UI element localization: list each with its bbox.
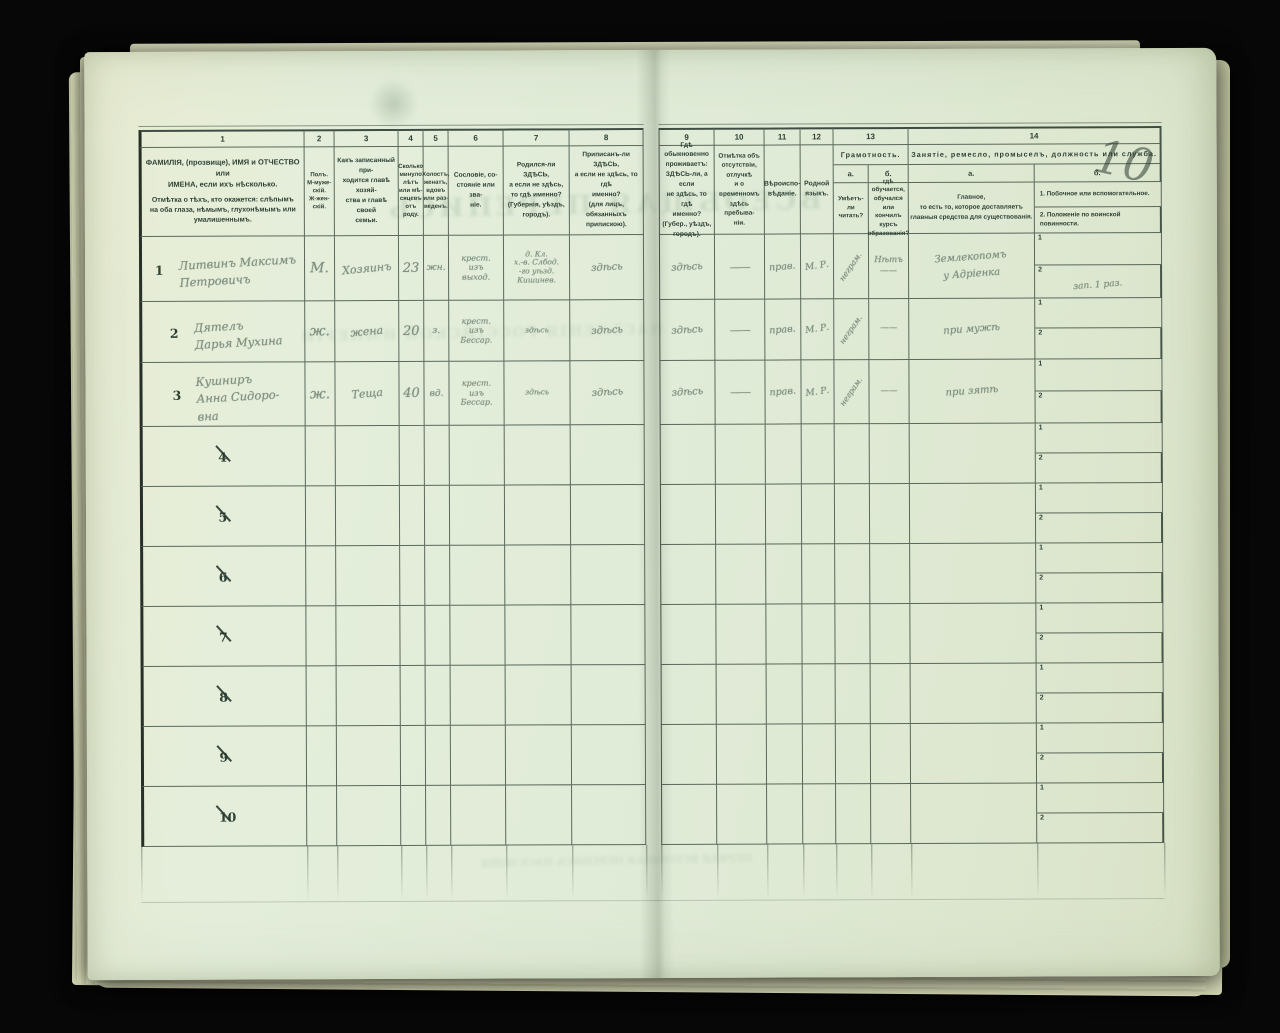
cell-language-row-2: М. Р. bbox=[801, 299, 834, 360]
cell-religion-row-3: прав. bbox=[765, 360, 801, 424]
subcell-number: 2 bbox=[1039, 634, 1043, 641]
col-header-education: гдѣ обучается, обучался или кончилъ курс… bbox=[869, 183, 909, 234]
cell-marital-row-5 bbox=[425, 486, 450, 546]
cell-relation-row-3: Теща bbox=[335, 362, 399, 426]
cell-estate-row-8 bbox=[451, 666, 506, 726]
cell-name-row-10: 10 bbox=[141, 786, 307, 847]
cell-relation-row-6 bbox=[336, 546, 400, 606]
cell-relation-row-2: жена bbox=[335, 301, 399, 362]
scanned-census-sheet: { "annotations": { "page_number": "10" }… bbox=[0, 0, 1280, 1033]
census-table: ВСЕОБЩАЯ ПЕРЕПИСЬ НАСЕЛЕНІЯ РОССІЙСКОЙ И… bbox=[0, 0, 1280, 1033]
cell-born-row-4 bbox=[505, 425, 571, 485]
handwriting-estate: крест. изъ Бессар. bbox=[460, 316, 492, 345]
subcell-number: 1 bbox=[1038, 235, 1042, 242]
cell-registered-row-10 bbox=[572, 785, 646, 845]
literacy-group-label: Грамотность. bbox=[834, 145, 909, 165]
cell-marital-row-1: жн. bbox=[424, 236, 449, 301]
subcell-number: 2 bbox=[1040, 694, 1044, 701]
cell-name-row-8: 8 bbox=[141, 666, 307, 727]
handwriting-reads: неграм. bbox=[838, 376, 864, 408]
cell-military-duty-row-10: 2 bbox=[1037, 813, 1164, 843]
handwriting-born: здѣсь bbox=[525, 389, 549, 398]
cell-born-row-5 bbox=[505, 485, 571, 545]
cell-registered-row-2: здѣсь bbox=[570, 300, 644, 361]
col-number-marital: 5 bbox=[424, 129, 449, 147]
col-number-sex: 2 bbox=[305, 129, 335, 147]
row-number: 6 bbox=[214, 568, 235, 585]
grid-extension-line bbox=[646, 845, 647, 900]
cell-education-row-4 bbox=[870, 424, 910, 484]
handwriting-age: 40 bbox=[403, 386, 420, 401]
grid-extension-line bbox=[803, 844, 804, 899]
col-header-reads: Умѣетъ- ли читать? bbox=[834, 183, 869, 234]
cell-estate-row-4 bbox=[450, 426, 505, 486]
cell-sex-row-2: ж. bbox=[305, 301, 335, 362]
cell-occupation-row-4 bbox=[910, 424, 1036, 484]
cell-marital-row-3: вд. bbox=[424, 362, 449, 426]
cell-name-row-6: 6 bbox=[140, 546, 306, 607]
subcell-number: 2 bbox=[1038, 330, 1042, 337]
col-header-age: Сколько минуло лѣтъ или мѣ- сяцевъ отъ р… bbox=[399, 147, 424, 236]
cell-absence-row-4 bbox=[716, 425, 766, 485]
cell-occupation-row-1: Землекопомъ у Адріенка bbox=[909, 234, 1035, 299]
cell-absence-row-5 bbox=[716, 485, 766, 545]
handwriting-language: М. Р. bbox=[805, 323, 830, 336]
subcell-number: 1 bbox=[1039, 604, 1043, 611]
subcell-number: 1 bbox=[1040, 664, 1044, 671]
cell-age-row-2: 20 bbox=[399, 301, 424, 362]
cell-side-occupation-row-4: 1 bbox=[1036, 423, 1163, 453]
handwriting-name: Кушниръ Анна Сидоро- вна bbox=[195, 369, 281, 425]
header-note: Отмѣтка о тѣхъ, кто окажется: слѣпымъ на… bbox=[150, 195, 296, 226]
handwriting-relation: Хозяинъ bbox=[341, 259, 391, 276]
cell-name-row-4: 4 bbox=[140, 426, 306, 487]
cell-sex-row-9 bbox=[307, 726, 337, 786]
cell-religion-row-6 bbox=[766, 544, 802, 604]
cell-occupation-row-7 bbox=[910, 604, 1036, 664]
col-header-marital: Холостъ, женатъ, вдовъ или раз- веденъ. bbox=[424, 147, 449, 236]
cell-occupation-row-8 bbox=[911, 664, 1037, 724]
row-number: 5 bbox=[213, 508, 234, 525]
grid-extension-line bbox=[717, 845, 718, 900]
cell-registered-row-5 bbox=[571, 485, 645, 545]
handwriting-registered: здѣсь bbox=[591, 386, 623, 399]
cell-language-row-5 bbox=[802, 484, 835, 544]
col-number-age: 4 bbox=[399, 129, 424, 147]
col-number-relation: 3 bbox=[335, 129, 399, 147]
cell-estate-row-5 bbox=[450, 486, 505, 546]
cell-born-row-2: здѣсь bbox=[504, 300, 570, 361]
cell-absence-row-8 bbox=[717, 665, 767, 725]
cell-registered-row-9 bbox=[572, 725, 646, 785]
handwriting-education: Нѣтъ —— bbox=[874, 255, 903, 277]
cell-language-row-1: М. Р. bbox=[801, 234, 834, 299]
cell-education-row-1: Нѣтъ —— bbox=[869, 234, 909, 299]
cell-religion-row-1: прав. bbox=[765, 234, 801, 299]
cell-religion-row-9 bbox=[767, 724, 803, 784]
cell-language-row-3: М. Р. bbox=[801, 360, 834, 424]
cell-side-occupation-row-2: 1 bbox=[1035, 298, 1162, 328]
cell-sex-row-7 bbox=[306, 606, 336, 666]
cell-age-row-9 bbox=[401, 726, 426, 786]
cell-sex-row-3: ж. bbox=[305, 362, 335, 426]
cell-side-occupation-row-10: 1 bbox=[1037, 783, 1164, 813]
cell-absence-row-1: —— bbox=[715, 235, 765, 300]
cell-age-row-4 bbox=[400, 426, 425, 486]
subcell-number: 1 bbox=[1039, 424, 1043, 431]
cell-religion-row-5 bbox=[766, 484, 802, 544]
occupation-sub-a: а. bbox=[909, 165, 1035, 183]
cell-relation-row-8 bbox=[337, 666, 401, 726]
cell-education-row-3: —— bbox=[869, 360, 909, 424]
cell-age-row-10 bbox=[401, 786, 426, 846]
subcell-number: 2 bbox=[1039, 392, 1043, 399]
cell-marital-row-4 bbox=[425, 426, 450, 486]
cell-reads-row-2: неграм. bbox=[834, 299, 869, 360]
handwriting-registered: здѣсь bbox=[591, 324, 623, 337]
cell-age-row-5 bbox=[400, 486, 425, 546]
subcell-number: 1 bbox=[1040, 724, 1044, 731]
handwriting-born: д. Кл. х.-в. Слбод. -го уѣзд. Кишинев. bbox=[514, 250, 559, 285]
cell-occupation-row-10 bbox=[911, 784, 1037, 844]
cell-reads-row-4 bbox=[835, 424, 870, 484]
cell-reads-row-1: неграм. bbox=[834, 234, 869, 299]
cell-side-occupation-row-8: 1 bbox=[1037, 663, 1164, 693]
handwriting-absence: —— bbox=[730, 386, 750, 399]
col-number-born: 7 bbox=[504, 128, 570, 146]
cell-education-row-8 bbox=[871, 664, 911, 724]
cell-military-duty-row-1: 2зап. 1 раз. bbox=[1035, 265, 1162, 298]
cell-absence-row-9 bbox=[717, 725, 767, 785]
cell-side-occupation-row-7: 1 bbox=[1036, 603, 1163, 633]
row-number: 4 bbox=[213, 448, 234, 465]
cell-age-row-7 bbox=[400, 606, 425, 666]
watermark-crest bbox=[368, 79, 418, 129]
handwriting-religion: прав. bbox=[769, 386, 796, 399]
handwriting-occupation: при мужѣ bbox=[943, 318, 1001, 339]
grid-extension-line bbox=[451, 846, 452, 901]
cell-occupation-row-2: при мужѣ bbox=[909, 299, 1035, 360]
cell-registered-row-6 bbox=[571, 545, 645, 605]
grid-extension-line bbox=[506, 846, 507, 901]
col-header-occupation-main: Главное, то есть то, которое доставляетъ… bbox=[909, 183, 1035, 234]
subcell-number: 1 bbox=[1039, 484, 1043, 491]
grid-extension-line bbox=[661, 845, 662, 900]
col-header-religion: Вѣроиспо- вѣданіе. bbox=[765, 145, 801, 234]
col-number-estate: 6 bbox=[449, 129, 504, 147]
cell-sex-row-10 bbox=[307, 786, 337, 846]
cell-relation-row-9 bbox=[337, 726, 401, 786]
cell-estate-row-7 bbox=[450, 606, 505, 666]
handwriting-resides: здѣсь bbox=[671, 323, 703, 336]
cell-language-row-8 bbox=[803, 664, 836, 724]
cell-marital-row-8 bbox=[426, 666, 451, 726]
cell-absence-row-2: —— bbox=[715, 300, 765, 361]
cell-reads-row-10 bbox=[836, 784, 871, 844]
cell-side-occupation-row-9: 1 bbox=[1037, 723, 1164, 753]
cell-education-row-9 bbox=[871, 724, 911, 784]
cell-reads-row-3: неграм. bbox=[834, 360, 869, 424]
handwriting-estate: крест. изъ выход. bbox=[461, 253, 490, 282]
cell-resides-row-10 bbox=[661, 785, 717, 845]
col-number-registered: 8 bbox=[570, 128, 644, 146]
cell-born-row-3: здѣсь bbox=[504, 361, 570, 425]
cell-resides-row-6 bbox=[660, 545, 716, 605]
cell-born-row-8 bbox=[506, 665, 572, 725]
subcell-number: 2 bbox=[1039, 514, 1043, 521]
cell-estate-row-3: крест. изъ Бессар. bbox=[449, 362, 504, 426]
cell-name-row-1: 1Литвинъ Максимъ Петровичъ bbox=[139, 236, 305, 302]
handwriting-age: 20 bbox=[403, 323, 420, 338]
handwriting-born: здѣсь bbox=[525, 326, 549, 335]
cell-name-row-7: 7 bbox=[140, 606, 306, 667]
occupation-sub-b: б. bbox=[1035, 164, 1162, 182]
cell-name-row-2: 2Дятелъ Дарья Мухина bbox=[139, 301, 305, 363]
cell-military-duty-row-5: 2 bbox=[1036, 513, 1163, 543]
subcell-number: 2 bbox=[1038, 267, 1042, 274]
col-number-language: 12 bbox=[801, 127, 834, 145]
handwriting-military-duty: зап. 1 раз. bbox=[1073, 278, 1123, 292]
cell-relation-row-10 bbox=[337, 786, 401, 846]
cell-side-occupation-row-1: 1 bbox=[1035, 233, 1162, 265]
col-header-estate: Сословіе, со- стояніе или зва- ніе. bbox=[449, 147, 504, 236]
handwriting-resides: здѣсь bbox=[671, 386, 703, 399]
handwriting-reads: неграм. bbox=[838, 313, 864, 345]
cell-born-row-7 bbox=[505, 605, 571, 665]
cell-reads-row-6 bbox=[835, 544, 870, 604]
cell-relation-row-1: Хозяинъ bbox=[335, 236, 399, 301]
cell-religion-row-7 bbox=[766, 604, 802, 664]
cell-registered-row-8 bbox=[572, 665, 646, 725]
cell-absence-row-10 bbox=[717, 785, 767, 845]
handwriting-occupation: Землекопомъ у Адріенка bbox=[934, 246, 1008, 285]
cell-military-duty-row-8: 2 bbox=[1037, 693, 1164, 723]
cell-religion-row-10 bbox=[767, 784, 803, 844]
cell-estate-row-10 bbox=[451, 786, 506, 846]
cell-reads-row-9 bbox=[836, 724, 871, 784]
cell-registered-row-1: здѣсь bbox=[570, 235, 644, 300]
cell-estate-row-9 bbox=[451, 726, 506, 786]
col-header-relation: Какъ записанный при- ходится главѣ хозяй… bbox=[335, 147, 399, 236]
handwriting-language: М. Р. bbox=[805, 385, 830, 398]
cell-sex-row-6 bbox=[306, 546, 336, 606]
row-number: 9 bbox=[214, 748, 235, 765]
col-number-religion: 11 bbox=[765, 127, 801, 145]
cell-reads-row-5 bbox=[835, 484, 870, 544]
cell-relation-row-4 bbox=[336, 426, 400, 486]
cell-registered-row-3: здѣсь bbox=[570, 361, 644, 425]
subcell-number: 2 bbox=[1040, 814, 1044, 821]
cell-marital-row-10 bbox=[426, 786, 451, 846]
cell-side-occupation-row-3: 1 bbox=[1035, 359, 1162, 391]
cell-name-row-5: 5 bbox=[140, 486, 306, 547]
cell-reads-row-7 bbox=[835, 604, 870, 664]
col-header-sex: Полъ. М-муже- скій. Ж-жен- скій. bbox=[305, 147, 335, 236]
subcell-number: 2 bbox=[1039, 574, 1043, 581]
cell-military-duty-row-6: 2 bbox=[1036, 573, 1163, 603]
cell-resides-row-1: здѣсь bbox=[659, 235, 715, 300]
cell-sex-row-4 bbox=[306, 426, 336, 486]
col-number-absence: 10 bbox=[715, 128, 765, 146]
cell-military-duty-row-2: 2 bbox=[1035, 328, 1162, 359]
col-header-language: Родной языкъ. bbox=[801, 145, 834, 234]
census-form-page: ВСЕОБЩАЯ ПЕРЕПИСЬ НАСЕЛЕНІЯ РОССІЙСКОЙ И… bbox=[84, 48, 1220, 980]
col-header-resides: Гдѣ обыкновенно проживаетъ: ЗДѢСЬ-ли, а … bbox=[659, 146, 715, 235]
cell-resides-row-3: здѣсь bbox=[659, 361, 715, 425]
cell-name-row-3: 3Кушниръ Анна Сидоро- вна bbox=[139, 362, 305, 427]
cell-marital-row-9 bbox=[426, 726, 451, 786]
grid-extension-line bbox=[1164, 843, 1165, 898]
cell-age-row-1: 23 bbox=[399, 236, 424, 301]
grid-extension-line bbox=[911, 844, 912, 899]
cell-relation-row-7 bbox=[336, 606, 400, 666]
cell-marital-row-2: з. bbox=[424, 301, 449, 362]
cell-resides-row-8 bbox=[661, 665, 717, 725]
handwriting-relation: жена bbox=[350, 323, 384, 339]
subcell-number: 1 bbox=[1039, 544, 1043, 551]
cell-resides-row-7 bbox=[660, 605, 716, 665]
col-header-absence: Отмѣтка объ отсутствіи, отлучкѣ и о врем… bbox=[715, 146, 765, 235]
cell-estate-row-2: крест. изъ Бессар. bbox=[449, 301, 504, 362]
cell-side-occupation-row-6: 1 bbox=[1036, 543, 1163, 573]
cell-born-row-6 bbox=[505, 545, 571, 605]
cell-education-row-2: —— bbox=[869, 299, 909, 360]
cell-name-row-9: 9 bbox=[141, 726, 307, 787]
grid-extension-line bbox=[836, 844, 837, 899]
cell-resides-row-2: здѣсь bbox=[659, 300, 715, 361]
cell-marital-row-7 bbox=[425, 606, 450, 666]
subcell-number: 1 bbox=[1038, 361, 1042, 368]
handwriting-language: М. Р. bbox=[805, 260, 830, 273]
cell-estate-row-1: крест. изъ выход. bbox=[449, 236, 504, 301]
grid-extension-line bbox=[871, 844, 872, 899]
cell-language-row-6 bbox=[802, 544, 835, 604]
handwriting-age: 23 bbox=[403, 260, 420, 275]
handwriting-absence: —— bbox=[730, 260, 750, 273]
handwriting-occupation: при зятѣ bbox=[945, 381, 999, 402]
cell-side-occupation-row-5: 1 bbox=[1036, 483, 1163, 513]
col-header-name: ФАМИЛІЯ, (прозвище), ИМЯ и ОТЧЕСТВО или … bbox=[139, 147, 305, 237]
handwriting-sex: ж. bbox=[310, 323, 330, 339]
grid-extension-line bbox=[572, 845, 573, 900]
cell-age-row-6 bbox=[400, 546, 425, 606]
grid-extension-line bbox=[1037, 844, 1038, 899]
cell-sex-row-1: М. bbox=[305, 236, 335, 301]
cell-education-row-5 bbox=[870, 484, 910, 544]
subcell-number: 1 bbox=[1040, 784, 1044, 791]
handwriting-marital: з. bbox=[432, 326, 440, 336]
literacy-sub-a: а. bbox=[834, 165, 869, 183]
cell-education-row-6 bbox=[870, 544, 910, 604]
cell-education-row-7 bbox=[870, 604, 910, 664]
cell-reads-row-8 bbox=[836, 664, 871, 724]
handwriting-sex: ж. bbox=[310, 386, 330, 402]
row-number: 1 bbox=[150, 260, 171, 277]
cell-marital-row-6 bbox=[425, 546, 450, 606]
col-header-occupation-side: 1. Побочное или вспомогательное. bbox=[1035, 182, 1162, 207]
cell-resides-row-9 bbox=[661, 725, 717, 785]
cell-resides-row-4 bbox=[660, 425, 716, 485]
row-number: 10 bbox=[214, 808, 236, 825]
bleed-through-text: ПЕРВАЯ ВСЕОБЩАЯ ПЕРЕПИСЬ НАСЕЛЕНІЯ bbox=[256, 848, 976, 874]
grid-extension-line bbox=[307, 846, 308, 901]
header-title: ФАМИЛІЯ, (прозвище), ИМЯ и ОТЧЕСТВО или … bbox=[143, 157, 303, 190]
grid-extension-line bbox=[337, 846, 338, 901]
cell-registered-row-7 bbox=[571, 605, 645, 665]
grid-extension-line bbox=[767, 845, 768, 900]
handwriting-registered: здѣсь bbox=[590, 261, 622, 274]
handwriting-education: —— bbox=[881, 386, 898, 397]
occupation-group-label: Занятіе, ремесло, промыселъ, должность и… bbox=[909, 144, 1162, 165]
handwriting-marital: жн. bbox=[427, 263, 446, 273]
grid-extension-rule bbox=[141, 898, 1164, 903]
cell-sex-row-5 bbox=[306, 486, 336, 546]
cell-military-duty-row-9: 2 bbox=[1037, 753, 1164, 783]
row-number: 7 bbox=[214, 628, 235, 645]
grid-extension-line bbox=[401, 846, 402, 901]
cell-occupation-row-5 bbox=[910, 484, 1036, 544]
cell-occupation-row-3: при зятѣ bbox=[909, 360, 1035, 424]
cell-religion-row-2: прав. bbox=[765, 299, 801, 360]
cell-education-row-10 bbox=[871, 784, 911, 844]
cell-born-row-10 bbox=[506, 785, 572, 845]
handwriting-relation: Теща bbox=[351, 386, 383, 402]
table-top-rule bbox=[659, 122, 1162, 125]
handwriting-religion: прав. bbox=[769, 323, 796, 336]
cell-resides-row-5 bbox=[660, 485, 716, 545]
cell-estate-row-6 bbox=[450, 546, 505, 606]
cell-occupation-row-9 bbox=[911, 724, 1037, 784]
row-number: 3 bbox=[168, 386, 189, 403]
col-header-military-duty: 2. Положеніе по воинской повинности. bbox=[1035, 207, 1162, 233]
handwriting-estate: крест. изъ Бессар. bbox=[460, 379, 492, 408]
col-number-name: 1 bbox=[139, 129, 305, 148]
handwriting-name: Литвинъ Максимъ Петровичъ bbox=[178, 252, 297, 293]
handwriting-sex: М. bbox=[310, 260, 329, 276]
subcell-number: 2 bbox=[1039, 454, 1043, 461]
cell-military-duty-row-7: 2 bbox=[1036, 633, 1163, 663]
cell-religion-row-4 bbox=[766, 424, 802, 484]
handwriting-resides: здѣсь bbox=[671, 260, 703, 273]
cell-language-row-10 bbox=[803, 784, 836, 844]
handwriting-absence: —— bbox=[730, 323, 750, 336]
cell-sex-row-8 bbox=[307, 666, 337, 726]
handwriting-name: Дятелъ Дарья Мухина bbox=[193, 315, 283, 354]
col-number-14: 14 bbox=[909, 126, 1162, 145]
cell-religion-row-8 bbox=[767, 664, 803, 724]
handwriting-marital: вд. bbox=[430, 388, 444, 398]
handwriting-reads: неграм. bbox=[838, 250, 864, 282]
cell-age-row-8 bbox=[401, 666, 426, 726]
row-number: 8 bbox=[214, 688, 235, 705]
subcell-number: 2 bbox=[1040, 754, 1044, 761]
row-number: 2 bbox=[165, 323, 186, 340]
cell-relation-row-5 bbox=[336, 486, 400, 546]
cell-absence-row-3: —— bbox=[715, 361, 765, 425]
cell-military-duty-row-4: 2 bbox=[1036, 453, 1163, 483]
cell-language-row-7 bbox=[802, 604, 835, 664]
cell-absence-row-7 bbox=[716, 605, 766, 665]
subcell-number: 1 bbox=[1038, 300, 1042, 307]
cell-registered-row-4 bbox=[571, 425, 645, 485]
cell-age-row-3: 40 bbox=[399, 362, 424, 426]
col-header-born: Родился-ли ЗДѢСЬ, а если не здѣсь, то гд… bbox=[504, 146, 570, 235]
handwriting-religion: прав. bbox=[769, 260, 796, 273]
cell-military-duty-row-3: 2 bbox=[1036, 391, 1163, 423]
grid-extension-line bbox=[141, 847, 142, 902]
handwriting-education: —— bbox=[880, 324, 897, 335]
cell-absence-row-6 bbox=[716, 545, 766, 605]
